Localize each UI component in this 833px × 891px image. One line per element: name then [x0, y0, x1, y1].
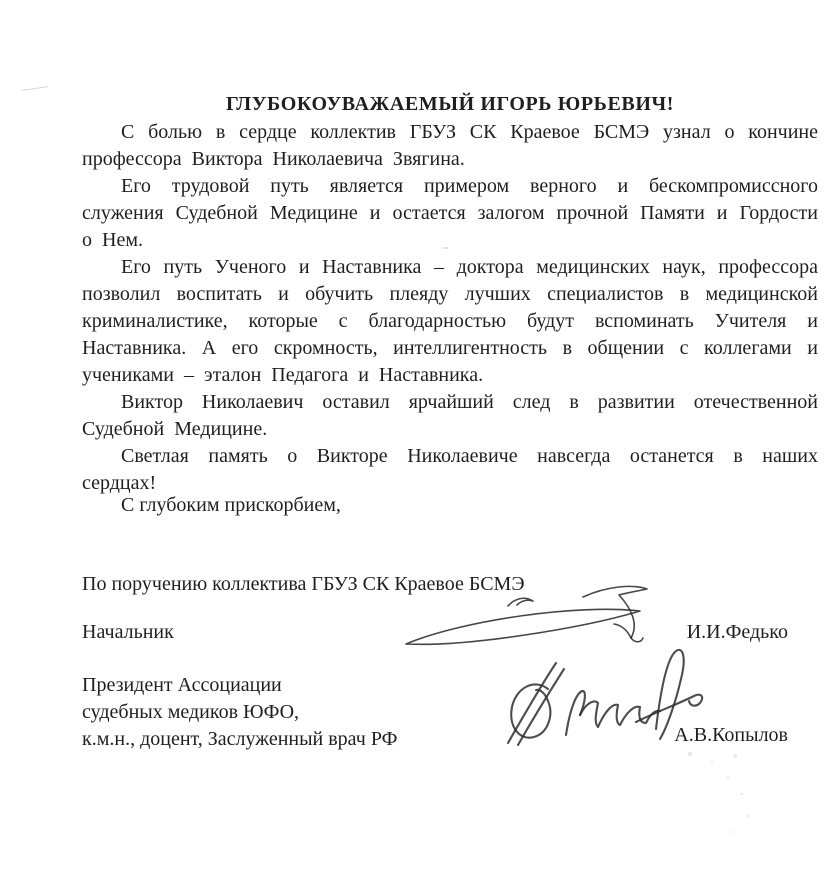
- paragraph: Его трудовой путь является примером верн…: [82, 173, 818, 254]
- scan-scratch-artifact: [22, 86, 48, 91]
- paragraph: Его путь Ученого и Наставника – доктора …: [82, 254, 818, 389]
- role-line: Президент Ассоциации: [82, 672, 397, 699]
- paragraph: Светлая память о Викторе Николаевиче нав…: [82, 443, 818, 497]
- letter-page: ГЛУБОКОУВАЖАЕМЫЙ ИГОРЬ ЮРЬЕВИЧ! С болью …: [0, 0, 833, 891]
- signatory-name-kopylov: А.В.Копылов: [674, 724, 788, 747]
- role-line: к.м.н., доцент, Заслуженный врач РФ: [82, 726, 397, 753]
- closing-line: С глубоким прискорбием,: [121, 494, 341, 517]
- letter-title: ГЛУБОКОУВАЖАЕМЫЙ ИГОРЬ ЮРЬЕВИЧ!: [82, 93, 818, 116]
- scan-speck-artifact: [443, 247, 448, 249]
- signatory-role-nachalnik: Начальник: [82, 621, 174, 644]
- paragraph: С болью в сердце коллектив ГБУЗ СК Краев…: [82, 119, 818, 173]
- scan-speckle-blob-artifact: [688, 752, 692, 756]
- signatory-name-fedko: И.И.Федько: [687, 621, 788, 644]
- paragraph: Виктор Николаевич оставил ярчайший след …: [82, 389, 818, 443]
- signatory-role-president: Президент Ассоциации судебных медиков ЮФ…: [82, 672, 397, 753]
- fedko-handwritten-signature: [393, 580, 655, 654]
- role-line: судебных медиков ЮФО,: [82, 699, 397, 726]
- fedko-signature-strokes: [393, 580, 655, 654]
- letter-body: С болью в сердце коллектив ГБУЗ СК Краев…: [82, 119, 818, 497]
